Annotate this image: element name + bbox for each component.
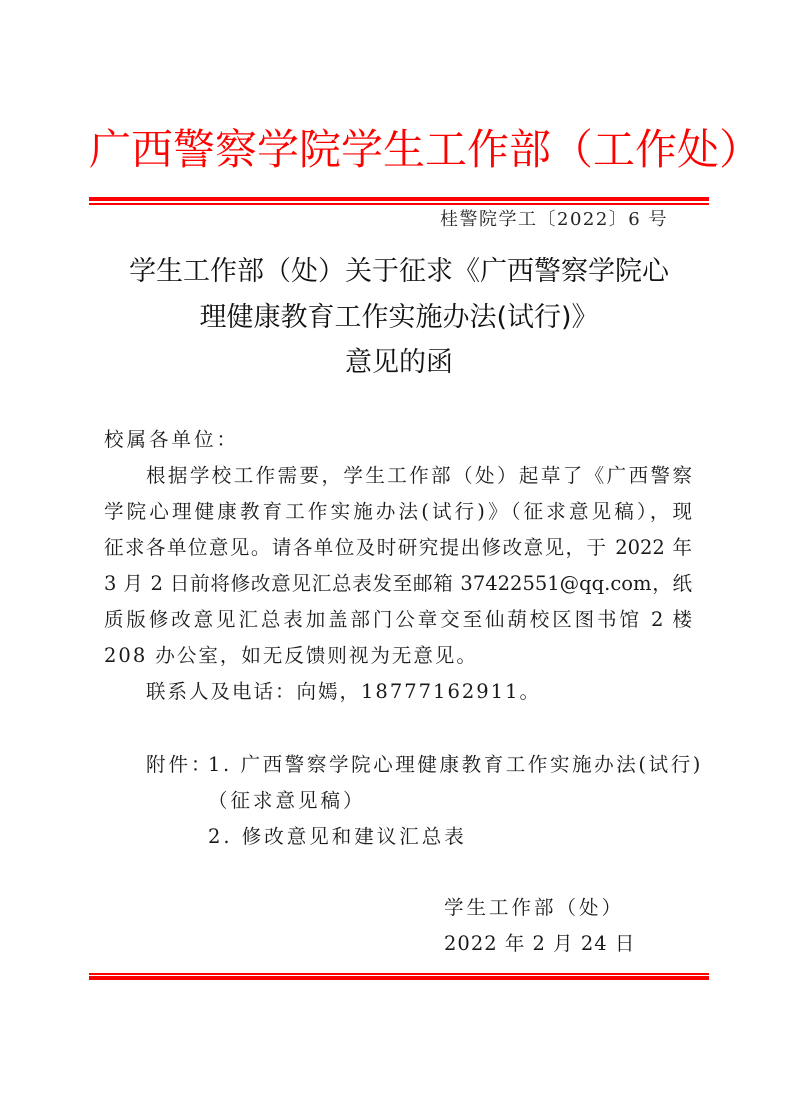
organization-header: 广西警察学院学生工作部（工作处） [89,124,709,176]
signature-department: 学生工作部（处） [444,890,624,926]
paragraph-line: 质版修改意见汇总表加盖部门公章交至仙葫校区图书馆 2 楼 [104,602,692,638]
attachments-label: 附件： [146,747,214,783]
title-line: 意见的函 [89,343,709,383]
attachment-item-1-note: （征求意见稿） [208,783,366,819]
paragraph-line: 3 月 2 日前将修改意见汇总表发至邮箱 37422551@qq.com，纸 [104,566,692,602]
contact-info: 联系人及电话：向嫣，18777162911。 [146,674,541,710]
footer-rule-thick [89,976,709,980]
signature-date: 2022 年 2 月 24 日 [444,926,635,962]
attachment-item-1: 1. 广西警察学院心理健康教育工作实施办法(试行) [208,747,703,783]
title-line: 理健康教育工作实施办法(试行)》 [89,298,709,338]
paragraph-line: 208 办公室，如无反馈则视为无意见。 [104,638,478,674]
header-rule-thick [89,197,709,201]
footer-rule-thin [89,973,709,975]
header-rule-thin [89,203,709,205]
paragraph-line: 征求各单位意见。请各单位及时研究提出修改意见，于 2022 年 [104,530,692,566]
paragraph-line: 根据学校工作需要，学生工作部（处）起草了《广西警察 [146,458,692,494]
salutation: 校属各单位： [104,422,239,458]
attachment-item-2: 2. 修改意见和建议汇总表 [208,819,467,855]
title-line: 学生工作部（处）关于征求《广西警察学院心 [89,252,709,292]
paragraph-line: 学院心理健康教育工作实施办法(试行)》（征求意见稿），现 [104,494,692,530]
document-number: 桂警院学工〔2022〕6 号 [440,207,668,233]
